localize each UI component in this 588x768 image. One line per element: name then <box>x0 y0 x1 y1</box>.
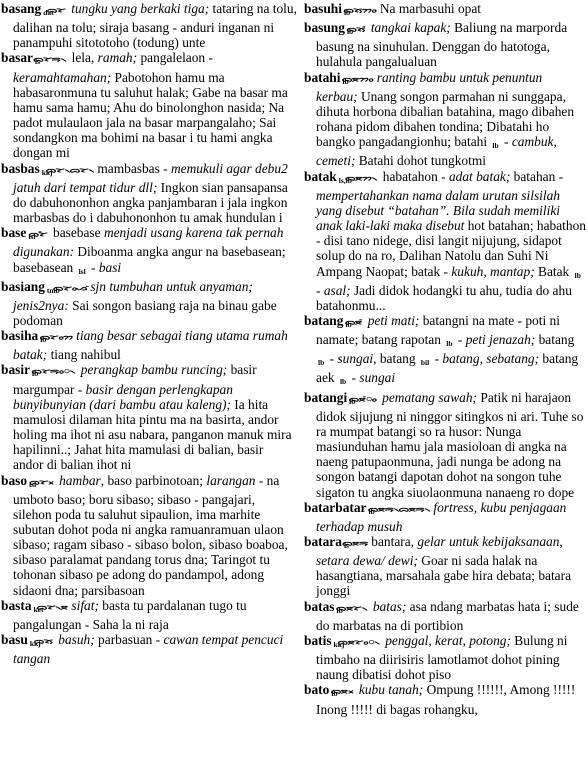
entry-headword: batis <box>304 633 332 648</box>
batak-script-glyph: ᯅᯘᯬ <box>41 476 55 487</box>
dictionary-entry: bataralsᯅᯖᯒbantara, gelar untuk kebijaks… <box>304 534 586 599</box>
batak-script-glyph: ᯅᯘ᯲ᯅᯘ᯲ <box>58 164 94 175</box>
entry-headword: batas <box>304 599 335 614</box>
entry-headword: basuhi <box>304 1 342 16</box>
batak-script-glyph: ᯅᯖᯂ᯲ <box>357 172 379 183</box>
batak-text: parbasuan - <box>95 632 164 647</box>
indonesian-translation: ramah; <box>98 50 137 65</box>
dictionary-entry: bataslbᯅᯖᯘ᯲batas; asa ndang marbatas hat… <box>304 599 586 633</box>
dictionary-entry: bastaketᯅᯘ᯲ᯖsifat; basta tu pardalanan t… <box>1 598 297 632</box>
batak-text: - <box>326 351 337 366</box>
indonesian-translation: sifat; <box>71 598 99 613</box>
batak-script-glyph: ᯅᯘᯒᯪ᯲ <box>43 366 76 377</box>
dictionary-entry: basirlbᯅᯘᯒᯪ᯲perangkap bambu runcing; bas… <box>1 362 297 472</box>
entry-headword: batara <box>304 534 342 549</box>
entry-headword: basiha <box>1 328 38 343</box>
entry-headword: batarbatar <box>304 500 366 515</box>
batak-script-glyph: ᯅᯘᯪᯀᯰ <box>65 283 87 294</box>
right-column: basuhilbᯅᯘᯮᯂᯪNa marbasuhi opatbasunglbᯅᯘ… <box>304 1 586 717</box>
word-class-abbreviation: lb <box>575 271 581 280</box>
batak-script-glyph: ᯅᯖᯒ <box>354 538 367 549</box>
dictionary-entry: basolslᯅᯘᯬhambar, baso parbinotoan; lara… <box>1 473 297 598</box>
dictionary-entry: batolbᯅᯖᯬkubu tanah; Ompung !!!!!!, Amon… <box>304 682 586 716</box>
dictionary-entry: batangilbᯅᯖᯰᯪpematang sawah; Patik ni ha… <box>304 390 586 500</box>
batak-script-glyph: ᯅᯘᯮ <box>46 636 55 647</box>
indonesian-translation: asal; <box>324 283 351 298</box>
batak-text: Batak <box>535 264 573 279</box>
batak-script-glyph: ᯅᯘᯩ <box>40 229 49 240</box>
batak-script-glyph: ᯅᯖᯘ᯲ <box>348 603 369 614</box>
entry-headword: base <box>1 225 26 240</box>
batak-text: - <box>431 351 442 366</box>
batak-text: batahan - <box>510 169 563 184</box>
batak-text: lela, <box>72 50 98 65</box>
batak-script-glyph: ᯅᯖᯰ <box>357 317 364 328</box>
entry-headword: basiang <box>1 279 45 294</box>
entry-headword: basu <box>1 632 28 647</box>
indonesian-translation: tangkai kapak; <box>371 20 451 35</box>
word-class-abbreviation: lsl <box>79 267 86 276</box>
dictionary-entry: basuhilbᯅᯘᯮᯂᯪNa marbasuhi opat <box>304 1 586 20</box>
indonesian-translation: hambar <box>59 473 101 488</box>
entry-headword: basir <box>1 362 30 377</box>
batak-script-glyph: ᯅᯘᯮᯂᯪ <box>355 5 376 16</box>
batak-script-glyph: ᯅᯖᯂᯪ <box>354 74 373 85</box>
dictionary-entry: batahilbᯅᯖᯂᯪranting bambu untuk penuntun… <box>304 70 586 169</box>
batak-text: - <box>316 283 324 298</box>
dictionary-entry: baselslᯅᯘᯩbasebase menjadi usang karena … <box>1 225 297 278</box>
batak-text: habatahon - <box>383 169 449 184</box>
indonesian-translation: sungai <box>359 370 395 385</box>
word-class-abbreviation: lb <box>446 339 452 348</box>
indonesian-translation: sungai, <box>337 351 376 366</box>
entry-headword: basta <box>1 598 32 613</box>
batak-text: Jadi didok hodangki tu ahu, tudia do ahu… <box>316 283 572 313</box>
dictionary-entry: basbaskkjᯅᯘ᯲ᯅᯘ᯲mambasbas - memukuli agar… <box>1 161 297 226</box>
dictionary-entry: basangdatᯅᯘtungku yang berkaki tiga; tat… <box>1 1 297 50</box>
indonesian-translation: perangkap bambu runcing; <box>81 362 228 377</box>
batak-text: bantara, <box>371 534 417 549</box>
batak-script-glyph: ᯅᯘ᯲ᯖ <box>49 602 68 613</box>
indonesian-translation: kukuh, mantap; <box>451 264 534 279</box>
indonesian-translation: kubu tanah; <box>359 682 423 697</box>
batak-text: Ompung !!!!!!, Among !!!!! Inong !!!!! d… <box>316 682 575 716</box>
word-class-abbreviation: bil <box>421 358 429 367</box>
entry-headword: basbas <box>1 161 40 176</box>
batak-text: - <box>348 370 359 385</box>
batak-text: - <box>501 134 512 149</box>
batak-text: - <box>88 260 99 275</box>
batak-text: mambasbas - <box>97 161 171 176</box>
entry-headword: bato <box>304 682 329 697</box>
batak-script-glyph: ᯅᯘᯒ᯲ <box>45 54 68 65</box>
dictionary-entry: basiangtmbᯅᯘᯪᯀᯰsjn tumbuhan untuk anyama… <box>1 279 297 328</box>
indonesian-translation: peti jenazah; <box>466 332 536 347</box>
batak-script-glyph: ᯅᯖᯘᯪ᯲ <box>349 637 381 648</box>
dictionary-entry: basarlsᯅᯘᯒ᯲lela, ramah; pangalelaon - ke… <box>1 50 297 160</box>
batak-script-glyph: ᯅᯖᯬ <box>343 686 355 697</box>
batak-script-glyph: ᯅᯘᯪᯂ <box>51 332 72 343</box>
indonesian-translation: batas; <box>373 599 406 614</box>
word-class-abbreviation: lb <box>492 141 498 150</box>
entry-headword: basung <box>304 20 345 35</box>
batak-script-glyph: ᯅᯘᯮᯰ <box>358 24 367 35</box>
entry-headword: batak <box>304 169 337 184</box>
dictionary-entry: batakls,lbᯅᯖᯂ᯲habatahon - adat batak; ba… <box>304 169 586 313</box>
word-class-abbreviation: lb <box>340 377 346 386</box>
entry-headword: basar <box>1 50 33 65</box>
batak-text: batang <box>376 351 418 366</box>
dictionary-entry: basukkjᯅᯘᯮbasuh; parbasuan - cawan tempa… <box>1 632 297 666</box>
batak-text: - na umboto baso; boru sibaso; sibaso - … <box>13 473 288 598</box>
dictionary-entry: batarbatarlbᯅᯖᯒ᯲ᯅᯖᯒ᯲fortress, kubu penja… <box>304 500 586 534</box>
word-class-abbreviation: lb <box>318 358 324 367</box>
batak-text: pangalelaon - <box>137 50 213 65</box>
dictionary-entry: batiskkjᯅᯖᯘᯪ᯲penggal, kerat, potong; Bul… <box>304 633 586 682</box>
indonesian-translation: keramahtamahan; <box>13 70 111 85</box>
entry-headword: batangi <box>304 390 347 405</box>
dictionary-entry: basunglbᯅᯘᯮᯰtangkai kapak; Baliung na ma… <box>304 20 586 69</box>
batak-text: Patik ni harajaon didok sijujung ni ning… <box>316 390 583 500</box>
indonesian-translation: basuh; <box>58 632 94 647</box>
batak-text: batang <box>535 332 574 347</box>
indonesian-translation: peti mati; <box>368 313 420 328</box>
batak-text: Na marbasuhi opat <box>380 1 481 16</box>
entry-headword: basang <box>1 1 41 16</box>
batak-text: Batahi dohot tungkotmi <box>355 153 486 168</box>
batak-text: basebase <box>53 225 104 240</box>
batak-text: tiang nahibul <box>47 347 121 362</box>
indonesian-translation: larangan <box>206 473 255 488</box>
indonesian-translation: adat batak; <box>449 169 510 184</box>
batak-text: - <box>455 332 466 347</box>
indonesian-translation: batang, sebatang; <box>442 351 539 366</box>
indonesian-translation: pematang sawah; <box>382 390 477 405</box>
indonesian-translation: tungku yang berkaki tiga; <box>71 1 209 16</box>
batak-text: , baso parbinotoan; <box>101 473 207 488</box>
indonesian-translation: penggal, kerat, potong; <box>385 633 511 648</box>
dictionary-page: basangdatᯅᯘtungku yang berkaki tiga; tat… <box>0 0 588 768</box>
entry-headword: batahi <box>304 70 340 85</box>
entry-headword: batang <box>304 313 343 328</box>
batak-script-glyph: ᯅᯖᯒ᯲ᯅᯖᯒ᯲ <box>380 504 430 515</box>
entry-headword: baso <box>1 473 27 488</box>
indonesian-translation: basi <box>99 260 121 275</box>
dictionary-entry: basihalbᯅᯘᯪᯂtiang besar sebagai tiang ut… <box>1 328 297 362</box>
left-column: basangdatᯅᯘtungku yang berkaki tiga; tat… <box>1 1 297 666</box>
batak-script-glyph: ᯅᯘ <box>59 5 68 16</box>
dictionary-entry: batanglbᯅᯖᯰpeti mati; batangni na mate -… <box>304 313 586 390</box>
batak-script-glyph: ᯅᯖᯰᯪ <box>360 393 378 404</box>
